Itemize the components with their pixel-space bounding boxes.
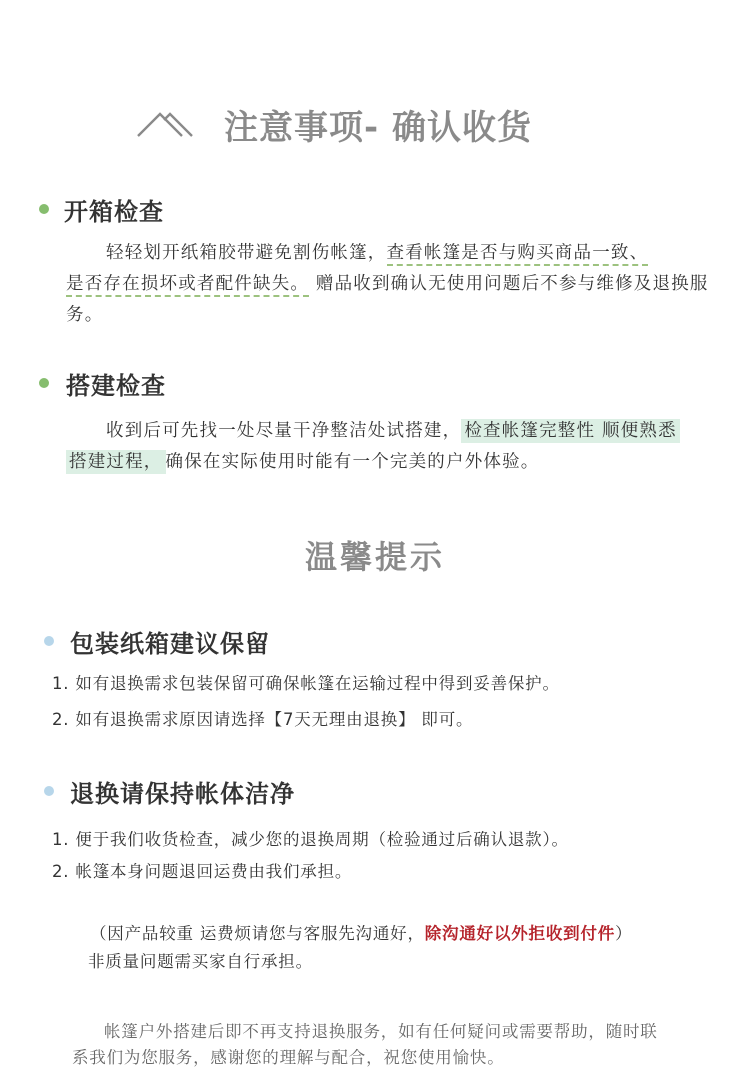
tips-heading-packaging: 包装纸箱建议保留 [70,624,270,659]
bullet-dot-icon [39,378,49,388]
list-item: 1. 如有退换需求包装保留可确保帐篷在运输过程中得到妥善保护。 [52,670,560,694]
paragraph-text: 轻轻划开纸箱胶带避免割伤帐篷， [66,243,387,263]
bullet-dot-icon [44,636,54,646]
note-text: （因产品较重 运费烦请您与客服先沟通好， [90,924,425,943]
section-heading-unboxing: 开箱检查 [64,192,164,227]
footer-text-line1: 帐篷户外搭建后即不再支持退换服务，如有任何疑问或需要帮助，随时联 [104,1018,658,1042]
list-item: 1. 便于我们收货检查，减少您的退换周期（检验通过后确认退款）。 [52,826,569,850]
mountain-icon [136,108,198,138]
dashed-underline-text: 是否存在损坏或者配件缺失。 [66,274,309,297]
list-item: 2. 如有退换需求原因请选择【7天无理由退换】 即可。 [52,706,473,730]
highlighted-text: 检查帐篷完整性 顺便熟悉 [461,419,679,443]
page-title: 注意事项- 确认收货 [224,100,532,149]
paragraph-text: 确保在实际使用时能有一个完美的户外体验。 [166,452,540,472]
paragraph-text: 收到后可先找一处尽量干净整洁处试搭建， [66,421,461,441]
note-text: ） [615,924,632,943]
tips-heading-cleanliness: 退换请保持帐体洁净 [70,774,295,809]
list-item: 2. 帐篷本身问题退回运费由我们承担。 [52,858,352,882]
shipping-note: （因产品较重 运费烦请您与客服先沟通好，除沟通好以外拒收到付件） [90,920,632,944]
bullet-dot-icon [44,786,54,796]
tips-title: 温馨提示 [0,532,750,578]
footer-text-line2: 系我们为您服务，感谢您的理解与配合，祝您使用愉快。 [72,1044,505,1068]
shipping-note-line2: 非质量问题需买家自行承担。 [88,948,313,972]
page-header: 注意事项- 确认收货 [0,96,750,152]
section-heading-setup: 搭建检查 [66,366,166,401]
section-paragraph-unboxing: 轻轻划开纸箱胶带避免割伤帐篷，查看帐篷是否与购买商品一致、 是否存在损坏或者配件… [66,238,716,331]
bullet-dot-icon [39,204,49,214]
section-paragraph-setup: 收到后可先找一处尽量干净整洁处试搭建，检查帐篷完整性 顺便熟悉 搭建过程，确保在… [66,416,716,478]
dashed-underline-text: 查看帐篷是否与购买商品一致、 [387,243,649,266]
warning-text: 除沟通好以外拒收到付件 [425,924,615,943]
highlighted-text: 搭建过程， [66,450,166,474]
